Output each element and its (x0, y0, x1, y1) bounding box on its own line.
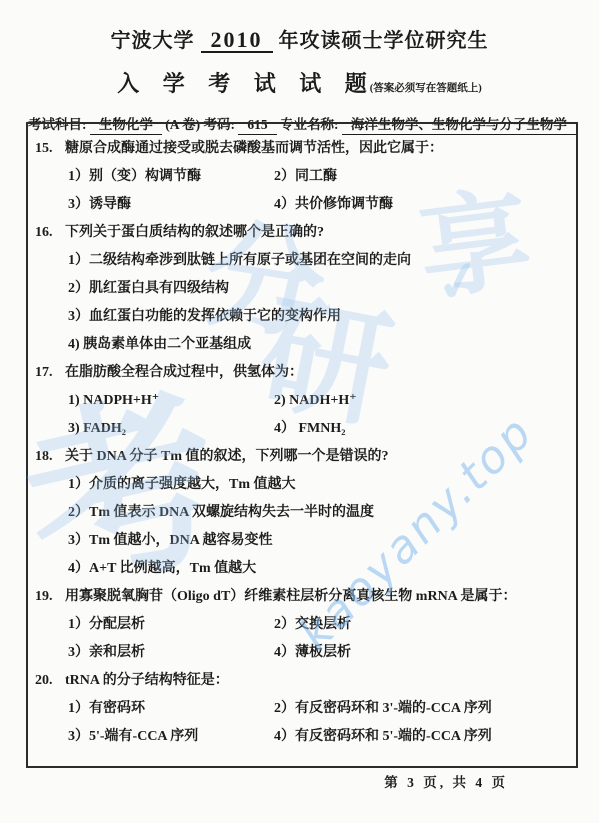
exam-title-main: 入 学 考 试 试 题 (117, 71, 376, 96)
option: 3）血红蛋白功能的发挥依赖于它的变构作用 (68, 303, 570, 331)
option: 2）有反密码环和 3'-端的-CCA 序列 (274, 695, 570, 723)
question-19: 19. 用寡聚脱氧胸苷（Oligo dT）纤维素柱层析分离真核生物 mRNA 是… (35, 583, 570, 667)
option: 3）Tm 值越小，DNA 越容易变性 (68, 527, 570, 555)
option: 1）分配层析 (68, 611, 274, 639)
page-header: 宁波大学 2010 年攻读硕士学位研究生 入 学 考 试 试 题(答案必须写在答… (0, 0, 599, 135)
option: 2）Tm 值表示 DNA 双螺旋结构失去一半时的温度 (68, 499, 570, 527)
question-stem: 在脂肪酸全程合成过程中，供氢体为： (65, 359, 570, 387)
question-number: 17. (35, 359, 65, 387)
option: 1）别（变）构调节酶 (68, 163, 274, 191)
question-17: 17. 在脂肪酸全程合成过程中，供氢体为： 1) NADPH+H⁺ 2) NAD… (35, 359, 570, 443)
question-number: 18. (35, 443, 65, 471)
option: 2) NADH+H⁺ (274, 387, 570, 415)
title-prefix: 宁波大学 (111, 30, 195, 52)
question-15: 15. 糖原合成酶通过接受或脱去磷酸基而调节活性，因此它属于： 1）别（变）构调… (35, 135, 570, 219)
option: 3）5'-端有-CCA 序列 (68, 723, 274, 751)
question-stem: 用寡聚脱氧胸苷（Oligo dT）纤维素柱层析分离真核生物 mRNA 是属于： (65, 583, 570, 611)
exam-title-line2: 入 学 考 试 试 题(答案必须写在答题纸上) (0, 67, 599, 98)
option: 1) NADPH+H⁺ (68, 387, 274, 415)
option: 3）诱导酶 (68, 191, 274, 219)
question-number: 20. (35, 667, 65, 695)
question-stem: 关于 DNA 分子 Tm 值的叙述，下列哪一个是错误的? (65, 443, 570, 471)
option: 1）二级结构牵涉到肽链上所有原子或基团在空间的走向 (68, 247, 570, 275)
question-area-box: 15. 糖原合成酶通过接受或脱去磷酸基而调节活性，因此它属于： 1）别（变）构调… (26, 122, 578, 768)
question-number: 19. (35, 583, 65, 611)
question-stem: 下列关于蛋白质结构的叙述哪个是正确的? (65, 219, 570, 247)
option: 4）A+T 比例越高，Tm 值越大 (68, 555, 570, 583)
option: 4） FMNH₂ (274, 415, 570, 443)
page-number-indicator: 第 3 页, 共 4 页 (26, 771, 578, 791)
answer-sheet-note: (答案必须写在答题纸上) (370, 83, 482, 94)
exam-title-line1: 宁波大学 2010 年攻读硕士学位研究生 (0, 24, 599, 53)
option: 4）共价修饰调节酶 (274, 191, 570, 219)
option: 1）有密码环 (68, 695, 274, 723)
option: 1）介质的离子强度越大，Tm 值越大 (68, 471, 570, 499)
question-18: 18. 关于 DNA 分子 Tm 值的叙述，下列哪一个是错误的? 1）介质的离子… (35, 443, 570, 583)
option: 4) 胰岛素单体由二个亚基组成 (68, 331, 570, 359)
exam-year: 2010 (201, 28, 273, 53)
option: 3）亲和层析 (68, 639, 274, 667)
question-number: 16. (35, 219, 65, 247)
option: 2）肌红蛋白具有四级结构 (68, 275, 570, 303)
option: 2）同工酶 (274, 163, 570, 191)
title-suffix: 年攻读硕士学位研究生 (279, 30, 489, 52)
option: 4）有反密码环和 5'-端的-CCA 序列 (274, 723, 570, 751)
question-20: 20. tRNA 的分子结构特征是： 1）有密码环 2）有反密码环和 3'-端的… (35, 667, 570, 751)
option: 3) FADH₂ (68, 415, 274, 443)
question-stem: tRNA 的分子结构特征是： (65, 667, 570, 695)
option: 2）交换层析 (274, 611, 570, 639)
question-16: 16. 下列关于蛋白质结构的叙述哪个是正确的? 1）二级结构牵涉到肽链上所有原子… (35, 219, 570, 359)
question-number: 15. (35, 135, 65, 163)
option: 4）薄板层析 (274, 639, 570, 667)
question-stem: 糖原合成酶通过接受或脱去磷酸基而调节活性，因此它属于： (65, 135, 570, 163)
